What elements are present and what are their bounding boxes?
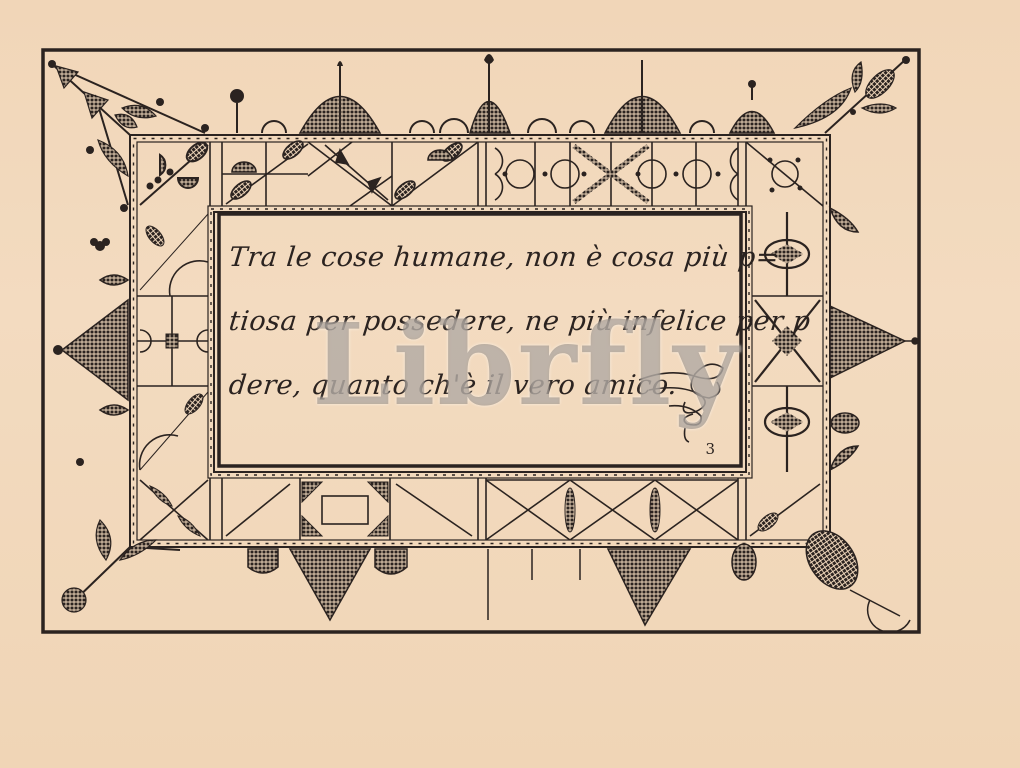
text-line-1: Tra le cose humane, non è cosa più p= — [227, 242, 780, 273]
flourish-ornament — [639, 354, 729, 444]
page-number: 3 — [705, 440, 715, 458]
text-line-2: tiosa per possedere, ne più infelice per… — [227, 306, 812, 337]
text-line-3: dere, quanto ch'è il vero amico. — [227, 370, 679, 401]
calligraphy-text-panel: Tra le cose humane, non è cosa più p= ti… — [221, 214, 741, 466]
paper-page: Tra le cose humane, non è cosa più p= ti… — [0, 0, 1020, 768]
